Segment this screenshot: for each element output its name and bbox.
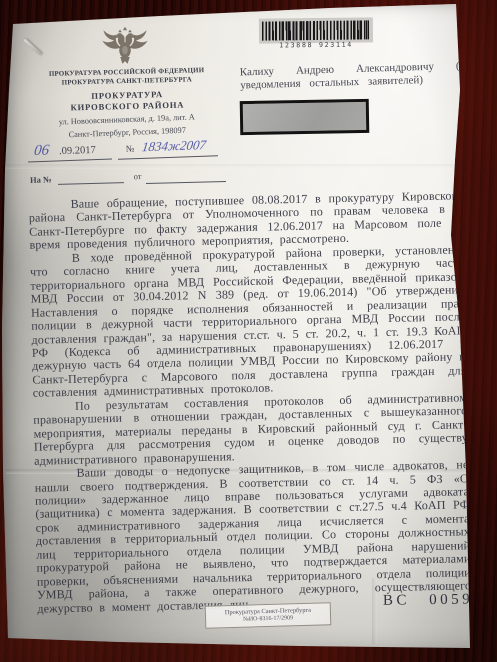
handwritten-day: 06 [33,142,50,160]
redaction-box [240,99,370,135]
staple-mark-icon [23,39,41,56]
barcode-digits: 123888 923114 [262,40,370,49]
incoming-date-underline [146,181,226,184]
body-paragraph: По результатам составления протоколов об… [33,391,468,468]
letterhead-org-block: ПРОКУРАТУРА РОССИЙСКОЙ ФЕДЕРАЦИИ ПРОКУРА… [15,65,238,114]
coat-of-arms-icon [98,26,152,68]
barcode-block: 123888 923114 [262,20,370,49]
addressee-block: Калиху Андрею Александровичу (для уведом… [240,60,477,93]
registration-stamp: Прокуратура Санкт-Петербурга №ИО-8316-17… [205,602,332,628]
handwritten-number: 1834ж2007 [141,137,207,155]
number-sign: № [126,144,135,154]
incoming-label: На № [30,174,52,185]
photo-of-letter: ПРОКУРАТУРА РОССИЙСКОЙ ФЕДЕРАЦИИ ПРОКУРА… [0,0,497,662]
from-label: от [133,171,141,181]
letter-content: ПРОКУРАТУРА РОССИЙСКОЙ ФЕДЕРАЦИИ ПРОКУРА… [0,0,497,662]
barcode-icon [262,20,370,40]
letter-paper-sheet: ПРОКУРАТУРА РОССИЙСКОЙ ФЕДЕРАЦИИ ПРОКУРА… [0,0,497,662]
printed-date: .09.2017 [59,145,96,157]
letter-body: Ваше обращение, поступившее 08.08.2017 в… [29,189,472,615]
body-paragraph: В ходе проведённой прокуратурой района п… [30,243,467,400]
